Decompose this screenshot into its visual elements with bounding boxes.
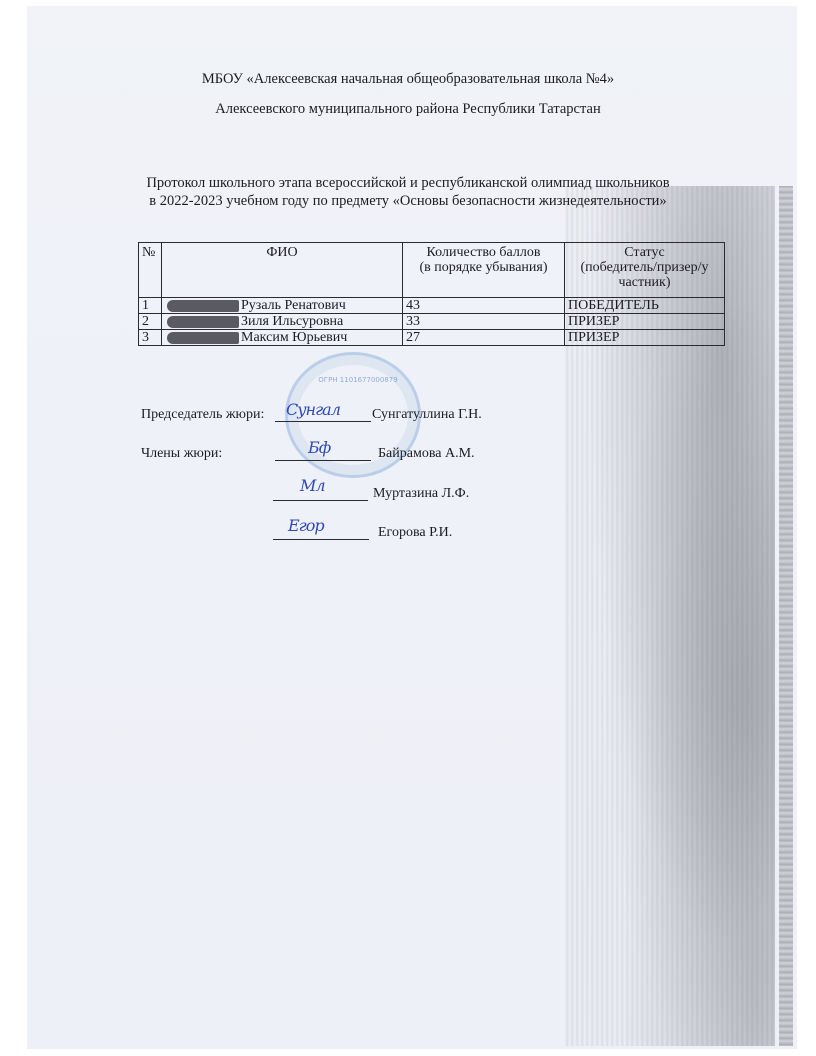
redacted-surname <box>167 300 239 312</box>
header-score-line2: (в порядке убывания) <box>406 260 561 275</box>
jury-member-name: Егорова Р.И. <box>378 525 452 541</box>
cell-status: ПРИЗЕР <box>565 314 725 330</box>
table-header-row: № ФИО Количество баллов (в порядке убыва… <box>139 243 725 298</box>
jury-member-name: Байрамова А.М. <box>378 446 475 462</box>
organization-name: МБОУ «Алексеевская начальная общеобразов… <box>0 71 816 88</box>
jury-member-name: Муртазина Л.Ф. <box>373 486 469 502</box>
jury-chair-label: Председатель жюри: <box>141 407 264 423</box>
jury-chair-name: Сунгатуллина Г.Н. <box>372 407 482 423</box>
header-status-line2: (победитель/призер/у <box>568 260 721 275</box>
jury-members-label: Члены жюри: <box>141 446 222 462</box>
redacted-surname <box>167 332 239 344</box>
cell-status: ПРИЗЕР <box>565 330 725 346</box>
header-score: Количество баллов (в порядке убывания) <box>403 243 565 298</box>
chair-signature: Сунгал <box>286 400 340 419</box>
fio-text: Рузаль Ренатович <box>241 298 346 313</box>
header-fio: ФИО <box>162 243 403 298</box>
document-title-line2: в 2022-2023 учебном году по предмету «Ос… <box>0 193 816 210</box>
header-num: № <box>139 243 162 298</box>
cell-fio: Максим Юрьевич <box>162 330 403 346</box>
organization-region: Алексеевского муниципального района Респ… <box>0 101 816 118</box>
header-status-line1: Статус <box>568 245 721 260</box>
cell-score: 27 <box>403 330 565 346</box>
header-status: Статус (победитель/призер/у частник) <box>565 243 725 298</box>
header-status-line3: частник) <box>568 275 721 290</box>
member-signature: Мл <box>300 476 325 495</box>
cell-fio: Зиля Ильсуровна <box>162 314 403 330</box>
results-table: № ФИО Количество баллов (в порядке убыва… <box>138 242 725 346</box>
table-row: 1 Рузаль Ренатович 43 ПОБЕДИТЕЛЬ <box>139 298 725 314</box>
table-row: 2 Зиля Ильсуровна 33 ПРИЗЕР <box>139 314 725 330</box>
stamp-text: ОГРН 1101677000879 <box>318 376 398 385</box>
cell-score: 33 <box>403 314 565 330</box>
document-title-line1: Протокол школьного этапа всероссийской и… <box>0 175 816 192</box>
member-signature: Егор <box>288 516 324 535</box>
cell-status: ПОБЕДИТЕЛЬ <box>565 298 725 314</box>
cell-num: 1 <box>139 298 162 314</box>
cell-score: 43 <box>403 298 565 314</box>
table-row: 3 Максим Юрьевич 27 ПРИЗЕР <box>139 330 725 346</box>
member-signature: Бф <box>308 438 330 457</box>
fio-text: Зиля Ильсуровна <box>241 314 343 329</box>
header-score-line1: Количество баллов <box>406 245 561 260</box>
fio-text: Максим Юрьевич <box>241 330 347 345</box>
cell-num: 3 <box>139 330 162 346</box>
scan-noise-edge <box>779 186 793 1046</box>
redacted-surname <box>167 316 239 328</box>
cell-fio: Рузаль Ренатович <box>162 298 403 314</box>
cell-num: 2 <box>139 314 162 330</box>
